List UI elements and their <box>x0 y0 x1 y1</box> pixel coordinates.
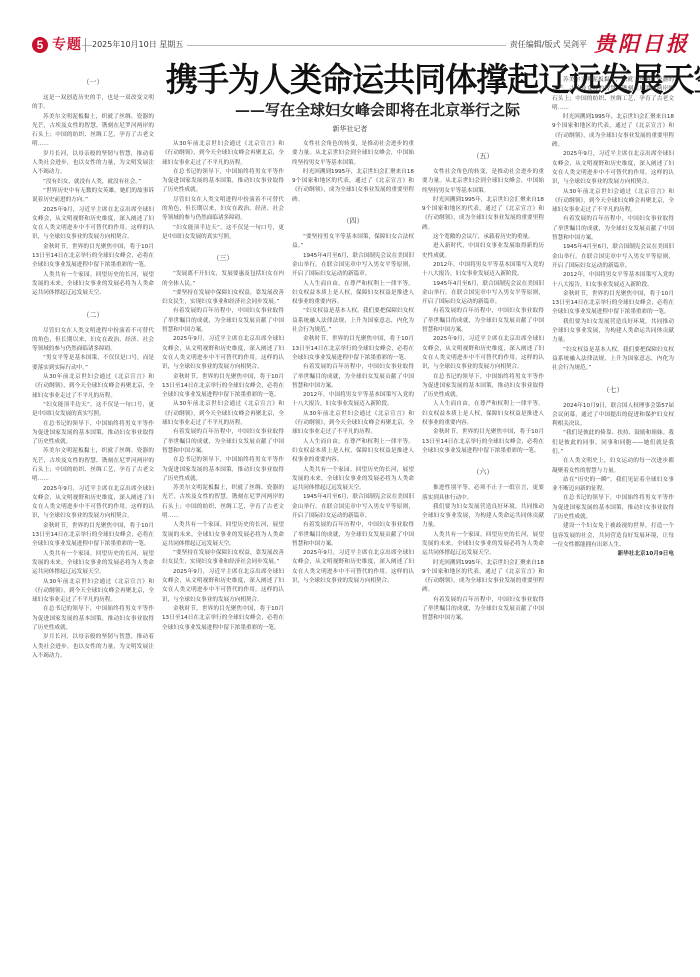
paragraph: 在总书记的领导下，中国始终将男女平等作为促进国家发展的基本国策，推动妇女事业取得… <box>422 373 544 401</box>
paragraph: 有着发展的百年历程中，中国妇女事业取得了举世瞩目的成就，为全球妇女发展贡献了中国… <box>422 596 544 624</box>
paragraph: 从30年前北京世妇会通过《北京宣言》和《行动纲领》，到今天全球妇女峰会再聚北京，… <box>162 400 284 428</box>
newspaper-page: 5 专题 2025年10月10日 星期五 责任编辑/版式 吴剑平 贵阳日报 携手… <box>0 0 700 977</box>
newspaper-logo: 贵阳日报 <box>594 32 690 56</box>
paragraph: 岁月长河，以母亲般的坚韧与智慧，推动着人类社会进步，也以女性的力量，为文明发展注… <box>32 633 154 661</box>
editor-credit: 责任编辑/版式 吴剑平 <box>506 40 587 50</box>
issue-date: 2025年10月10日 星期五 <box>92 40 187 50</box>
paragraph: 人类共有一个家园。回望历史的长河，展望发展的未来，全球妇女事业的发展必将为人类命… <box>32 271 154 299</box>
paragraph: 有着发展的百年历程中，中国妇女事业取得了举世瞩目的成就，为全球妇女发展贡献了中国… <box>162 307 284 335</box>
paragraph: 2025年9月，习近平主席在北京出席全球妇女峰会，从文明视野和历史维度，深入阐述… <box>422 335 544 372</box>
paragraph: 在总书记的领导下，中国始终将男女平等作为促进国家发展的基本国策，推动妇女事业取得… <box>162 168 284 196</box>
paragraph: “妇女能顶半边天”，这不仅是一句口号，更是中国妇女发展的真实写照。 <box>162 224 284 243</box>
paragraph: 1945年4月至6月，联合国制宪会议在美国旧金山举行。在联合国宪章中写入男女平等… <box>292 252 414 280</box>
paragraph: 这个宽敞的会议厅，承载着历史的重量。 <box>422 233 544 242</box>
header-divider <box>85 38 86 52</box>
paragraph: 站在“历史的一瞬”，我们见证着全球妇女事业不断迈向新的征程。 <box>552 476 674 495</box>
paragraph: 人类共有一个家园。回望历史的长河，展望发展的未来，全球妇女事业的发展必将为人类命… <box>32 550 154 578</box>
paragraph: 苏美尔文明泥板黏土，织就了丝绸、瓷器的光芒，古埃及女性的智慧，镌刻在尼罗河两岸的… <box>32 113 154 150</box>
paragraph: 人人生而自由，在尊严和权利上一律平等。妇女权益本质上是人权，保障妇女权益是推进人… <box>422 400 544 428</box>
paragraph: 1945年4月至6月，联合国制宪会议在美国旧金山举行。在联合国宪章中写入男女平等… <box>292 493 414 521</box>
paragraph: 从30年前北京世妇会通过《北京宣言》和《行动纲领》，到今天全球妇女峰会再聚北京，… <box>32 578 154 606</box>
paragraph: “发展离不开妇女，发展要惠及包括妇女在内的全体人民。” <box>162 270 284 289</box>
paragraph: 尽管妇女在人类文明进程中扮演着不可替代的角色，但长期以来，妇女在政治、经济、社会… <box>162 196 284 224</box>
paragraph: 2012年，中国将男女平等基本国策写入党的十八大报告，妇女事业发展迈入新阶段。 <box>292 391 414 410</box>
paragraph: “要坚持男女平等基本国策，保障妇女合法权益。” <box>292 233 414 252</box>
paragraph: 从30年前北京世妇会通过《北京宣言》和《行动纲领》，到今天全球妇女峰会再聚北京，… <box>32 373 154 401</box>
paragraph: 建设一个妇女免于被歧视的世界，打造一个包容发展的社会，共同营造良好发展环境，让每… <box>552 522 674 550</box>
paragraph: 在总书记的领导下，中国始终将男女平等作为促进国家发展的基本国策，推动妇女事业取得… <box>32 420 154 448</box>
paragraph: 苏美尔文明泥板黏土，织就了丝绸、瓷器的光芒，古埃及女性的智慧，镌刻在尼罗河两岸的… <box>32 447 154 484</box>
paragraph: “世界历史中有无数的女英雄，她们的故事诉说着历史前进的方向。” <box>32 187 154 206</box>
subheadline: ——写在全球妇女峰会即将在北京举行之际 <box>235 100 475 120</box>
paragraph: “男女平等是基本国策，不仅仅是口号，而是要落实到实际行动中。” <box>32 354 154 373</box>
paragraph: 金秋时节，世界的目光聚焦中国，将于10月13日至14日在北京举行的全球妇女峰会，… <box>292 335 414 363</box>
paragraph: 在总书记的领导下，中国始终将男女平等作为促进国家发展的基本国策，推动妇女事业取得… <box>162 456 284 484</box>
paragraph: “没有妇女，就没有人类，就没有社会。” <box>32 178 154 187</box>
paragraph: 我们要为妇女发展营造良好环境，共同推动全球妇女事业发展，为构建人类命运共同体贡献… <box>422 503 544 531</box>
paragraph: “妇女权益是基本人权。我们要把保障妇女权益系统融入法律法规，上升为国家意志，内化… <box>552 346 674 374</box>
paragraph: 2025年9月，习近平主席在北京出席全球妇女峰会，从文明视野和历史维度，深入阐述… <box>162 568 284 605</box>
paragraph: 金秋时节，世界的目光聚焦中国，将于10月13日至14日在北京举行的全球妇女峰会，… <box>422 428 544 456</box>
paragraph: “妇女权益是基本人权。我们要把保障妇女权益系统融入法律法规，上升为国家意志，内化… <box>292 307 414 335</box>
paragraph: 从30年前北京世妇会通过《北京宣言》和《行动纲领》，到今天全球妇女峰会再聚北京，… <box>292 410 414 438</box>
paragraph: 人人生而自由，在尊严和权利上一律平等。妇女权益本质上是人权，保障妇女权益是推进人… <box>292 438 414 466</box>
text-column-5: 苏美尔文明泥板黏土，织就了丝绸、瓷器的光芒，古埃及女性的智慧，镌刻在尼罗河两岸的… <box>552 76 674 916</box>
paragraph: 2012年，中国将男女平等基本国策写入党的十八大报告，妇女事业发展迈入新阶段。 <box>422 261 544 280</box>
text-column-1: （一） 这是一双创造历史的手，也是一双改变文明的手。 苏美尔文明泥板黏土，织就了… <box>32 66 154 916</box>
paragraph: 有着发展的百年历程中，中国妇女事业取得了举世瞩目的成就，为全球妇女发展贡献了中国… <box>422 307 544 335</box>
paragraph: 从30年前北京世妇会通过《北京宣言》和《行动纲领》，到今天全球妇女峰会再聚北京，… <box>162 140 284 168</box>
paragraph: 1945年4月至6月，联合国制宪会议在美国旧金山举行。在联合国宪章中写入男女平等… <box>552 243 674 271</box>
masthead: 5 专题 2025年10月10日 星期五 责任编辑/版式 吴剑平 贵阳日报 <box>32 36 692 54</box>
paragraph: 女性社会角色的转变，是推动社会进步的重要力量。从北京世妇会到全球妇女峰会，中国始… <box>422 168 544 196</box>
paragraph: 金秋时节，世界的目光聚焦中国，将于10月13日至14日在北京举行的全球妇女峰会，… <box>32 522 154 550</box>
paragraph: 时光回溯到1995年，北京世妇会汇聚来自189个国家和地区的代表，通过了《北京宣… <box>292 168 414 205</box>
paragraph: 1945年4月至6月，联合国制宪会议在美国旧金山举行。在联合国宪章中写入男女平等… <box>422 280 544 308</box>
section-marker-6: （六） <box>422 466 544 478</box>
paragraph: “要坚持在发展中保障妇女权益，靠发展改善妇女民生，实现妇女事业和经济社会同步发展… <box>162 549 284 568</box>
paragraph: 时光回溯到1995年，北京世妇会汇聚来自189个国家和地区的代表，通过了《北京宣… <box>422 196 544 233</box>
paragraph: 时光回溯到1995年，北京世妇会汇聚来自189个国家和地区的代表，通过了《北京宣… <box>422 559 544 596</box>
paragraph: 金秋时节，世界的目光聚焦中国，将于10月13日至14日在北京举行的全球妇女峰会，… <box>32 243 154 271</box>
paragraph: 进入新时代，中国妇女事业发展取得新的历史性成就。 <box>422 242 544 261</box>
paragraph: 苏美尔文明泥板黏土，织就了丝绸、瓷器的光芒，古埃及女性的智慧，镌刻在尼罗河两岸的… <box>552 76 674 113</box>
paragraph: 人类共有一个家园。回望历史的长河，展望发展的未来，全球妇女事业的发展必将为人类命… <box>422 531 544 559</box>
paragraph: 时光回溯到1995年，北京世妇会汇聚来自189个国家和地区的代表，通过了《北京宣… <box>552 113 674 150</box>
section-marker-7: （七） <box>552 384 674 396</box>
paragraph: 2025年9月，习近平主席在北京出席全球妇女峰会，从文明视野和历史维度，深入阐述… <box>162 335 284 372</box>
paragraph: 2012年，中国将男女平等基本国策写入党的十八大报告，妇女事业发展迈入新阶段。 <box>552 271 674 290</box>
section-label: 专题 <box>52 36 82 54</box>
paragraph: 女性社会角色的转变，是推动社会进步的重要力量。从北京世妇会到全球妇女峰会，中国始… <box>292 140 414 168</box>
paragraph: “妇女能顶半边天”，这不仅是一句口号，更是中国妇女发展的真实写照。 <box>32 401 154 420</box>
paragraph: 在人类文明史上，妇女运动的每一次进步都凝聚着女性的智慧与力量。 <box>552 457 674 476</box>
paragraph: 人类共有一个家园。回望历史的长河，展望发展的未来，全球妇女事业的发展必将为人类命… <box>162 521 284 549</box>
paragraph: 有着发展的百年历程中，中国妇女事业取得了举世瞩目的成就，为全球妇女发展贡献了中国… <box>552 215 674 243</box>
paragraph: 推进性别平等，必须不止于一纸宣言，更要落实到具体行动中。 <box>422 484 544 503</box>
byline: 新华社记者 <box>300 124 400 134</box>
section-marker-3: （三） <box>162 252 284 264</box>
paragraph: 金秋时节，世界的目光聚焦中国，将于10月13日至14日在北京举行的全球妇女峰会，… <box>552 290 674 318</box>
paragraph: 2025年9月，习近平主席在北京出席全球妇女峰会，从文明视野和历史维度，深入阐述… <box>292 549 414 586</box>
paragraph: 2025年9月，习近平主席在北京出席全球妇女峰会，从文明视野和历史维度，深入阐述… <box>32 485 154 522</box>
text-column-3: 女性社会角色的转变，是推动社会进步的重要力量。从北京世妇会到全球妇女峰会，中国始… <box>292 140 414 916</box>
paragraph: 有着发展的百年历程中，中国妇女事业取得了举世瞩目的成就，为全球妇女发展贡献了中国… <box>292 363 414 391</box>
paragraph: 金秋时节，世界的目光聚焦中国，将于10月13日至14日在北京举行的全球妇女峰会，… <box>162 373 284 401</box>
paragraph: 2025年9月，习近平主席在北京出席全球妇女峰会，从文明视野和历史维度，深入阐述… <box>32 206 154 243</box>
paragraph: 我们要为妇女发展营造良好环境，共同推动全球妇女事业发展，为构建人类命运共同体贡献… <box>552 318 674 346</box>
paragraph: 有着发展的百年历程中，中国妇女事业取得了举世瞩目的成就，为全球妇女发展贡献了中国… <box>162 428 284 456</box>
paragraph: 尽管妇女在人类文明进程中扮演着不可替代的角色，但长期以来，妇女在政治、经济、社会… <box>32 327 154 355</box>
paragraph: 苏美尔文明泥板黏土，织就了丝绸、瓷器的光芒，古埃及女性的智慧，镌刻在尼罗河两岸的… <box>162 484 284 521</box>
paragraph: 人人生而自由，在尊严和权利上一律平等。妇女权益本质上是人权，保障妇女权益是推进人… <box>292 280 414 308</box>
paragraph: 岁月长河，以母亲般的坚韧与智慧，推动着人类社会进步，也以女性的力量，为文明发展注… <box>32 150 154 178</box>
paragraph: 有着发展的百年历程中，中国妇女事业取得了举世瞩目的成就，为全球妇女发展贡献了中国… <box>292 521 414 549</box>
paragraph: 金秋时节，世界的目光聚焦中国，将于10月13日至14日在北京举行的全球妇女峰会，… <box>162 605 284 633</box>
article-sign-off: 新华社北京10月9日电 <box>552 550 674 559</box>
paragraph: 2025年9月，习近平主席在北京出席全球妇女峰会，从文明视野和历史维度，深入阐述… <box>552 150 674 187</box>
paragraph: 在总书记的领导下，中国始终将男女平等作为促进国家发展的基本国策，推动妇女事业取得… <box>32 605 154 633</box>
text-column-4: （五） 女性社会角色的转变，是推动社会进步的重要力量。从北京世妇会到全球妇女峰会… <box>422 140 544 916</box>
headline: 携手为人类命运共同体撑起辽远发展天空 <box>166 60 544 100</box>
paragraph: 2024年10月9日，联合国人权理事会第57届会议闭幕，通过了中国提出的促进和保… <box>552 402 674 430</box>
page-number-badge: 5 <box>32 37 48 53</box>
section-marker-1: （一） <box>32 76 154 88</box>
paragraph: 这是一双创造历史的手，也是一双改变文明的手。 <box>32 94 154 113</box>
paragraph: 人类共有一个家园。回望历史的长河，展望发展的未来，全球妇女事业的发展必将为人类命… <box>292 466 414 494</box>
section-marker-2: （二） <box>32 309 154 321</box>
section-marker-4: （四） <box>292 215 414 227</box>
paragraph: 在总书记的领导下，中国始终将男女平等作为促进国家发展的基本国策，推动妇女事业取得… <box>552 494 674 522</box>
paragraph: “我们是彼此的倚靠、扶持、鼓励和姐妹。我们是彼此的同事，同事和同胞——她们就是我… <box>552 429 674 457</box>
section-marker-5: （五） <box>422 150 544 162</box>
paragraph: 从30年前北京世妇会通过《北京宣言》和《行动纲领》，到今天全球妇女峰会再聚北京，… <box>552 188 674 216</box>
text-column-2: 从30年前北京世妇会通过《北京宣言》和《行动纲领》，到今天全球妇女峰会再聚北京，… <box>162 140 284 916</box>
paragraph: “要坚持在发展中保障妇女权益，靠发展改善妇女民生，实现妇女事业和经济社会同步发展… <box>162 289 284 308</box>
